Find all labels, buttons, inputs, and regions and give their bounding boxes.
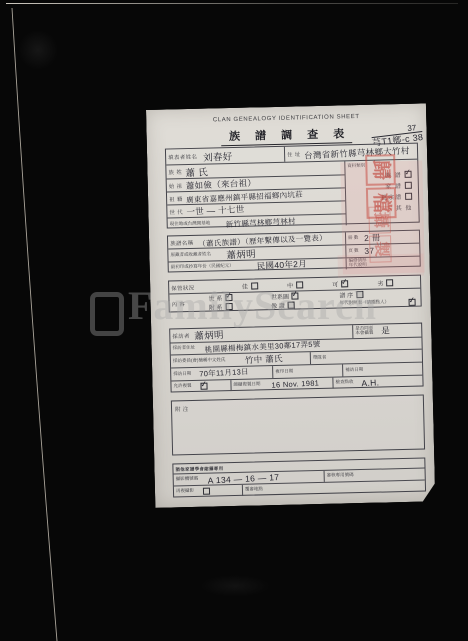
- checkbox-icon: [225, 294, 232, 301]
- row-value: A.H.: [361, 377, 379, 388]
- checkbox-icon: [405, 171, 412, 178]
- option-label: 其 他: [396, 203, 413, 212]
- checkbox-icon: [203, 488, 210, 495]
- row-label: 允許複製: [173, 384, 191, 389]
- row-label: 採訪委員(會)簡稱中文姓氏: [173, 358, 226, 364]
- condition-label: 保管狀況: [171, 283, 195, 292]
- content-option: 附 系: [209, 301, 271, 311]
- side-label: 帶隊者: [313, 356, 327, 361]
- side-value: 2 冊: [363, 231, 380, 244]
- row-value: A 134 — 16 — 17: [208, 472, 280, 486]
- checkbox-icon: [251, 282, 258, 289]
- side-value: 是: [381, 325, 390, 337]
- row-value: 竹中 蕭氏: [245, 353, 283, 367]
- option-label: 族 譜: [385, 170, 402, 179]
- row-label: 補訪日期: [345, 367, 363, 372]
- condition-option: 可: [332, 279, 348, 288]
- copy-date-cell: 複印日期: [272, 365, 342, 378]
- revisit-date-cell: 補訪日期: [342, 363, 422, 377]
- inspection-cell: 檢查點收 A.H.: [332, 375, 422, 389]
- row-label: 攝影機號碼: [176, 477, 199, 482]
- form-title: 族 譜 調 查 表: [221, 125, 353, 146]
- condition-option: 佳: [242, 281, 258, 290]
- row-label: 覆審地點: [245, 487, 263, 492]
- address-value: 台灣省新竹縣芎林鄉大竹村: [304, 144, 410, 161]
- row-label: 再複攝影: [176, 489, 194, 494]
- row-label: 族譜名稱: [170, 238, 194, 247]
- genealogy-info-table: 族譜名稱 （蕭氏族譜）（歷年繫傳以及一覽表） 冊 數 2 冊 原藏者或收藏者姓名…: [167, 230, 421, 273]
- scanned-document: CLAN GENEALOGY IDENTIFICATION SHEET 族 譜 …: [146, 103, 435, 507]
- row-label: 複印日期: [275, 369, 293, 374]
- option-label: 中: [287, 280, 293, 289]
- microfilm-date-cell: 縮攝複製日期 16 Nov. 1981: [230, 377, 332, 391]
- side-label: 是否同意 本會攝製: [355, 326, 373, 336]
- option-label: 祖宗譜: [381, 192, 402, 201]
- row-value: 蕭 氏: [185, 164, 208, 179]
- checkbox-icon: [409, 299, 416, 306]
- row-label: 縮攝複製日期: [233, 383, 260, 388]
- row-label: 原藏者或收藏者姓名: [170, 252, 211, 258]
- option-label: 譜 序: [339, 290, 353, 299]
- english-header: CLAN GENEALOGY IDENTIFICATION SHEET: [146, 112, 426, 125]
- row-label: 祖 籍: [169, 194, 183, 202]
- row-value: 16 Nov. 1981: [271, 378, 319, 389]
- row-label: 審核專用號碼: [327, 473, 354, 478]
- condition-option: 中: [287, 280, 303, 289]
- consent-cell: 是否同意 本會攝製 是: [352, 324, 421, 338]
- condition-option: 劣: [377, 278, 393, 287]
- option-label: 附 系: [209, 302, 223, 311]
- row-label: 採訪者: [172, 331, 190, 340]
- option-label: 像 讚: [271, 301, 285, 310]
- side-label-line2: 本會攝製: [355, 331, 373, 336]
- name-value: 刘春好: [202, 148, 232, 163]
- row-label: 族 姓: [168, 168, 182, 176]
- row-label: 現住地或台灣開基地: [170, 221, 211, 227]
- record-type-label: 資料類別: [347, 161, 402, 169]
- film-smudge: [200, 575, 270, 597]
- address-cell: 住 址 台灣省新竹縣芎林鄉大竹村: [284, 144, 417, 162]
- gsu-header: 猶他家譜學會縮攝專用: [175, 465, 223, 473]
- option-label: 年代對照表（請圈點人）: [340, 300, 390, 306]
- row-label: 世 代: [169, 207, 183, 215]
- checkbox-icon: [356, 291, 363, 298]
- checkbox-icon: [405, 193, 412, 200]
- checkbox-icon: [386, 279, 393, 286]
- allow-copy-cell: 允許複製: [171, 380, 230, 393]
- option-label: 世 系: [209, 293, 223, 302]
- familysearch-logo-icon: [90, 292, 124, 336]
- film-scratch-top: [6, 3, 458, 4]
- side-label: 編修情形 年代說明: [349, 258, 367, 268]
- row-value: 70年11月13日: [199, 366, 249, 379]
- checkbox-icon: [296, 281, 303, 288]
- checkbox-icon: [288, 302, 295, 309]
- notes-label: 附 注: [175, 405, 189, 413]
- identity-table: 填表者姓名 刘春好 住 址 台灣省新竹縣芎林鄉大竹村 族 姓 蕭 氏 始 祖: [165, 143, 420, 229]
- condition-content-table: 保管狀況 佳 中 可 劣 內: [168, 275, 422, 313]
- gsu-box: 猶他家譜學會縮攝專用 攝影機號碼 A 134 — 16 — 17 審核專用號碼 …: [172, 458, 426, 498]
- row-label: 採訪者住址: [173, 346, 196, 351]
- row-value: 民國40年2月: [256, 258, 307, 272]
- interview-table: 採訪者 蕭炳明 是否同意 本會攝製 是 採訪者住址 桃園縣楊梅鎮水美里30鄰17…: [169, 323, 423, 393]
- name-label: 填表者姓名: [168, 152, 197, 161]
- interview-date-cell: 採訪日期 70年11月13日: [171, 366, 272, 380]
- row-value: 新竹縣芎林鄉芎林村: [225, 215, 296, 229]
- film-smudge: [18, 30, 58, 70]
- volume-count-cell: 冊 數 2 冊: [345, 231, 419, 245]
- record-type-option: 其 他: [348, 202, 416, 215]
- record-type-column: 資料類別 族 譜 家 譜 祖宗譜 其 他: [344, 160, 418, 226]
- option-label: 劣: [377, 278, 383, 287]
- refilm-cell: 再複攝影: [174, 485, 242, 498]
- checkbox-icon: [200, 383, 207, 390]
- checkbox-icon: [225, 303, 232, 310]
- checkbox-icon: [292, 292, 299, 299]
- row-value: 蕭炳明: [194, 327, 224, 342]
- row-value: 蕭炳明: [226, 246, 256, 261]
- side-value: 37: [364, 245, 375, 255]
- option-label: 可: [332, 279, 338, 288]
- notes-box: 附 注: [171, 395, 425, 456]
- content-option: 年代對照表（請圈點人）: [340, 299, 421, 308]
- content-option: 像 讚: [271, 299, 340, 310]
- side-label: 冊 數: [348, 236, 358, 241]
- checkbox-icon: [405, 182, 412, 189]
- edition-note-cell: 編修情形 年代說明: [346, 256, 420, 269]
- content-label: 內 容: [171, 299, 185, 307]
- checkbox-icon: [341, 280, 348, 287]
- option-label: 家 譜: [385, 181, 402, 190]
- option-label: 佳: [242, 281, 248, 290]
- side-label-line2: 年代說明: [349, 263, 367, 268]
- page-count-cell: 頁 數 37: [345, 244, 419, 257]
- row-label: 最初印或抄寫年份（民國紀元）: [171, 264, 234, 270]
- row-label: 採訪日期: [173, 372, 191, 377]
- row-label: 始 祖: [169, 181, 183, 189]
- side-label: 頁 數: [348, 249, 358, 254]
- row-label: 檢查點收: [335, 380, 353, 385]
- address-label: 住 址: [287, 150, 301, 158]
- name-cell: 填表者姓名 刘春好: [166, 147, 284, 165]
- option-label: 世系圖: [271, 292, 289, 301]
